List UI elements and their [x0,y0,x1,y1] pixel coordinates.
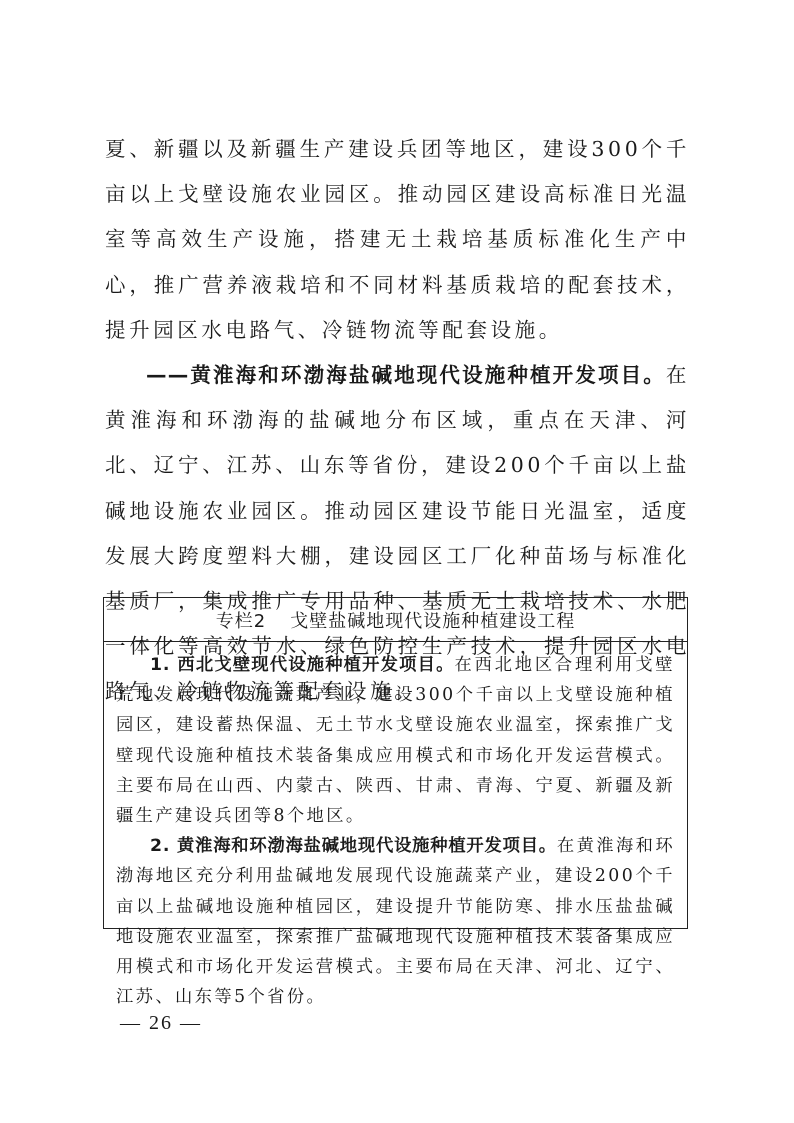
box-item-1: 1. 西北戈壁现代设施种植开发项目。在西北地区合理利用戈壁荒地发展现代设施蔬菜产… [116,650,675,831]
paragraph-text: 夏、新疆以及新疆生产建设兵团等地区，建设300个千亩以上戈壁设施农业园区。推动园… [105,137,690,342]
box-item-text: 在黄淮海和环渤海地区充分利用盐碱地发展现代设施蔬菜产业，建设200个千亩以上盐碱… [116,836,675,1007]
document-page: 夏、新疆以及新疆生产建设兵团等地区，建设300个千亩以上戈壁设施农业园区。推动园… [0,0,794,1123]
sidebar-box-column-2: 专栏2 戈壁盐碱地现代设施种植建设工程 1. 西北戈壁现代设施种植开发项目。在西… [103,597,688,929]
paragraph-continuation: 夏、新疆以及新疆生产建设兵团等地区，建设300个千亩以上戈壁设施农业园区。推动园… [105,127,690,353]
box-heading: 戈壁盐碱地现代设施种植建设工程 [290,607,575,633]
box-title: 专栏2 戈壁盐碱地现代设施种植建设工程 [104,598,687,642]
box-label: 专栏2 [216,607,266,633]
box-item-2: 2. 黄淮海和环渤海盐碱地现代设施种植开发项目。在黄淮海和环渤海地区充分利用盐碱… [116,831,675,1012]
box-item-text: 在西北地区合理利用戈壁荒地发展现代设施蔬菜产业，建设300个千亩以上戈壁设施种植… [116,655,675,826]
box-item-lead: 1. 西北戈壁现代设施种植开发项目。 [150,655,455,675]
box-body: 1. 西北戈壁现代设施种植开发项目。在西北地区合理利用戈壁荒地发展现代设施蔬菜产… [104,642,687,1012]
page-number: — 26 — [120,1012,202,1035]
box-item-lead: 2. 黄淮海和环渤海盐碱地现代设施种植开发项目。 [150,836,557,856]
paragraph-lead: ——黄淮海和环渤海盐碱地现代设施种植开发项目。 [146,363,666,387]
